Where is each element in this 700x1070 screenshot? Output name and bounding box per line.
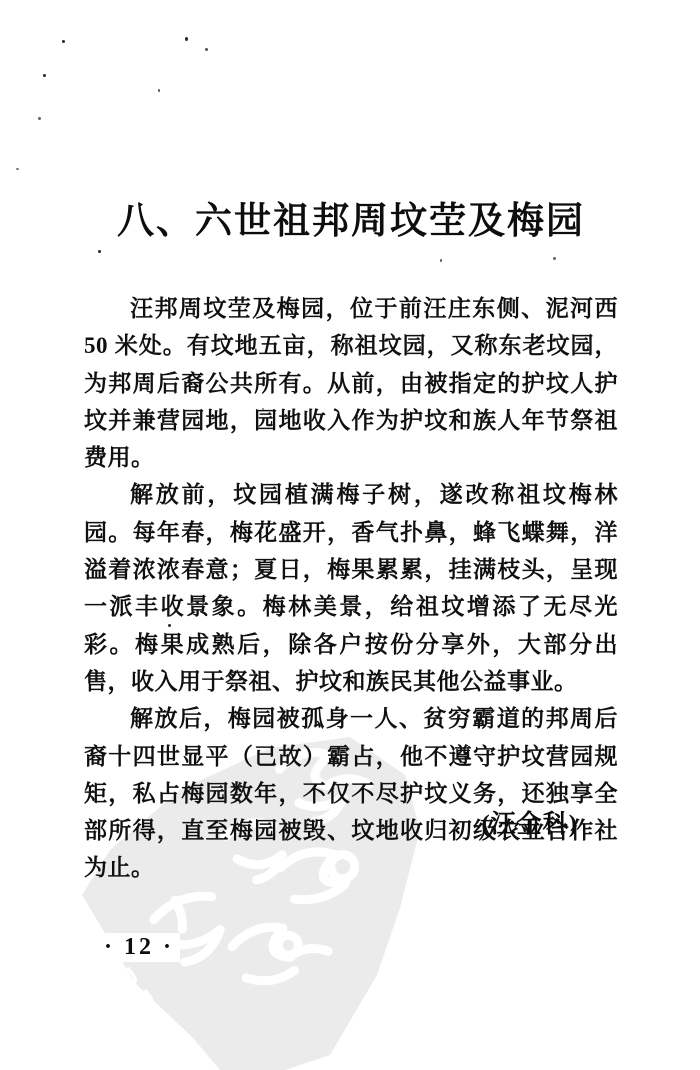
paragraph-3: 解放后，梅园被孤身一人、贫穷霸道的邦周后裔十四世显平（已故）霸占，他不遵守护坟营… (84, 700, 618, 886)
chapter-title: 八、六世祖邦周坟茔及梅园 (84, 190, 618, 244)
scan-speck (98, 250, 101, 253)
scanned-book-page: PDG 八、六世祖邦周坟茔及梅园 汪邦周坟茔及梅园，位于前汪庄东侧、泥河西 50… (0, 0, 700, 1070)
scan-speck (168, 624, 171, 627)
scan-speck (38, 117, 41, 120)
scan-speck (185, 37, 188, 41)
attribution: (汪金科) (481, 804, 578, 840)
scan-speck (205, 48, 208, 51)
scan-speck (553, 257, 556, 260)
scan-speck (158, 89, 160, 92)
scan-speck (262, 408, 264, 410)
text-column: 八、六世祖邦周坟茔及梅园 汪邦周坟茔及梅园，位于前汪庄东侧、泥河西 50 米处。… (84, 0, 618, 887)
paragraph-2: 解放前，坟园植满梅子树，遂改称祖坟梅林园。每年春，梅花盛开，香气扑鼻，蜂飞蝶舞，… (84, 476, 618, 700)
paragraph-1: 汪邦周坟茔及梅园，位于前汪庄东侧、泥河西 50 米处。有坟地五亩，称祖坟园，又称… (84, 290, 618, 476)
scan-speck (440, 259, 442, 262)
scan-speck (16, 168, 19, 170)
page-number: · 12 · (98, 933, 180, 962)
scan-speck (43, 74, 46, 77)
scan-speck (62, 40, 65, 43)
